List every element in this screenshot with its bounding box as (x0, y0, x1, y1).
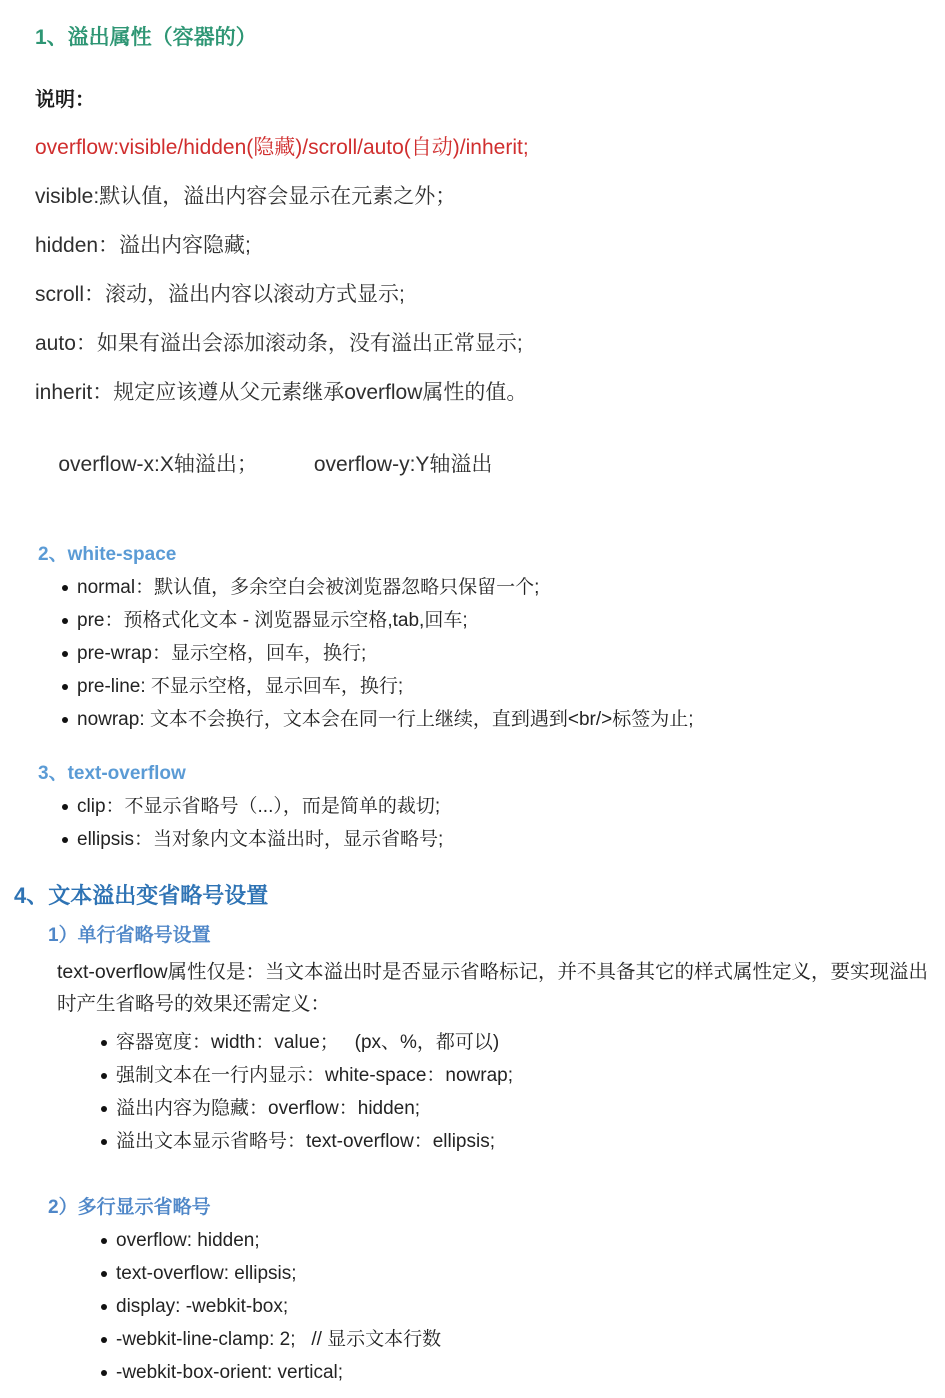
note-label: 说明： (35, 89, 945, 111)
white-space-list: normal：默认值，多余空白会被浏览器忽略只保留一个; pre：预格式化文本 … (0, 578, 945, 730)
list-item-ml-textoverflow: text-overflow: ellipsis; (101, 1264, 945, 1284)
list-item-whitespace-nowrap: 强制文本在一行内显示：white-space：nowrap; (101, 1066, 945, 1086)
list-item-textoverflow-ellipsis: 溢出文本显示省略号：text-overflow：ellipsis; (101, 1132, 945, 1152)
body-line-visible: visible:默认值，溢出内容会显示在元素之外； (35, 185, 945, 208)
list-item-width: 容器宽度：width：value； (px、%，都可以) (101, 1033, 945, 1053)
single-line-steps-list: 容器宽度：width：value； (px、%，都可以) 强制文本在一行内显示：… (0, 1033, 945, 1152)
list-item-ml-boxorient: -webkit-box-orient: vertical; (101, 1363, 945, 1383)
text-overflow-list: clip：不显示省略号（...），而是简单的裁切; ellipsis：当对象内文… (0, 797, 945, 850)
overflow-syntax-line: overflow:visible/hidden(隐藏)/scroll/auto(… (35, 136, 945, 159)
list-item-pre-line: pre-line: 不显示空格，显示回车，换行; (62, 677, 945, 697)
subsection-1-heading: 1）单行省略号设置 (48, 925, 945, 946)
list-item-pre-wrap: pre-wrap：显示空格，回车，换行; (62, 644, 945, 664)
overflow-xy-line: overflow-x:X轴溢出；overflow-y:Y轴溢出 (35, 430, 945, 499)
list-item-pre: pre：预格式化文本 - 浏览器显示空格,tab,回车; (62, 611, 945, 631)
overflow-x-label: overflow-x:X轴溢出； (58, 453, 258, 476)
list-item-ml-lineclamp: -webkit-line-clamp: 2; // 显示文本行数 (101, 1330, 945, 1350)
list-item-nowrap: nowrap: 文本不会换行，文本会在同一行上继续，直到遇到<br/>标签为止; (62, 710, 945, 730)
section-4-heading: 4、文本溢出变省略号设置 (14, 884, 945, 908)
body-line-hidden: hidden：溢出内容隐藏; (35, 234, 945, 257)
list-item-ellipsis: ellipsis：当对象内文本溢出时，显示省略号; (62, 830, 945, 850)
overflow-y-label: overflow-y:Y轴溢出 (314, 453, 493, 476)
single-line-paragraph: text-overflow属性仅是：当文本溢出时是否显示省略标记，并不具备其它的… (57, 956, 937, 1020)
notes-page: 1、溢出属性（容器的） 说明： overflow:visible/hidden(… (0, 0, 945, 1398)
list-item-overflow-hidden: 溢出内容为隐藏：overflow：hidden; (101, 1099, 945, 1119)
list-item-ml-overflow: overflow: hidden; (101, 1231, 945, 1251)
list-item-clip: clip：不显示省略号（...），而是简单的裁切; (62, 797, 945, 817)
section-2-heading: 2、white-space (38, 544, 945, 565)
paragraph-line-2: 时产生省略号的效果还需定义： (57, 993, 330, 1015)
multi-line-steps-list: overflow: hidden; text-overflow: ellipsi… (0, 1231, 945, 1383)
body-line-inherit: inherit：规定应该遵从父元素继承overflow属性的值。 (35, 381, 945, 404)
section-3-heading: 3、text-overflow (38, 763, 945, 784)
paragraph-line-1: text-overflow属性仅是：当文本溢出时是否显示省略标记，并不具备其它的… (57, 961, 928, 983)
body-line-scroll: scroll：滚动，溢出内容以滚动方式显示; (35, 283, 945, 306)
list-item-normal: normal：默认值，多余空白会被浏览器忽略只保留一个; (62, 578, 945, 598)
section-1-heading: 1、溢出属性（容器的） (35, 26, 945, 49)
subsection-2-heading: 2）多行显示省略号 (48, 1197, 945, 1218)
body-line-auto: auto：如果有溢出会添加滚动条，没有溢出正常显示; (35, 332, 945, 355)
list-item-ml-display: display: -webkit-box; (101, 1297, 945, 1317)
